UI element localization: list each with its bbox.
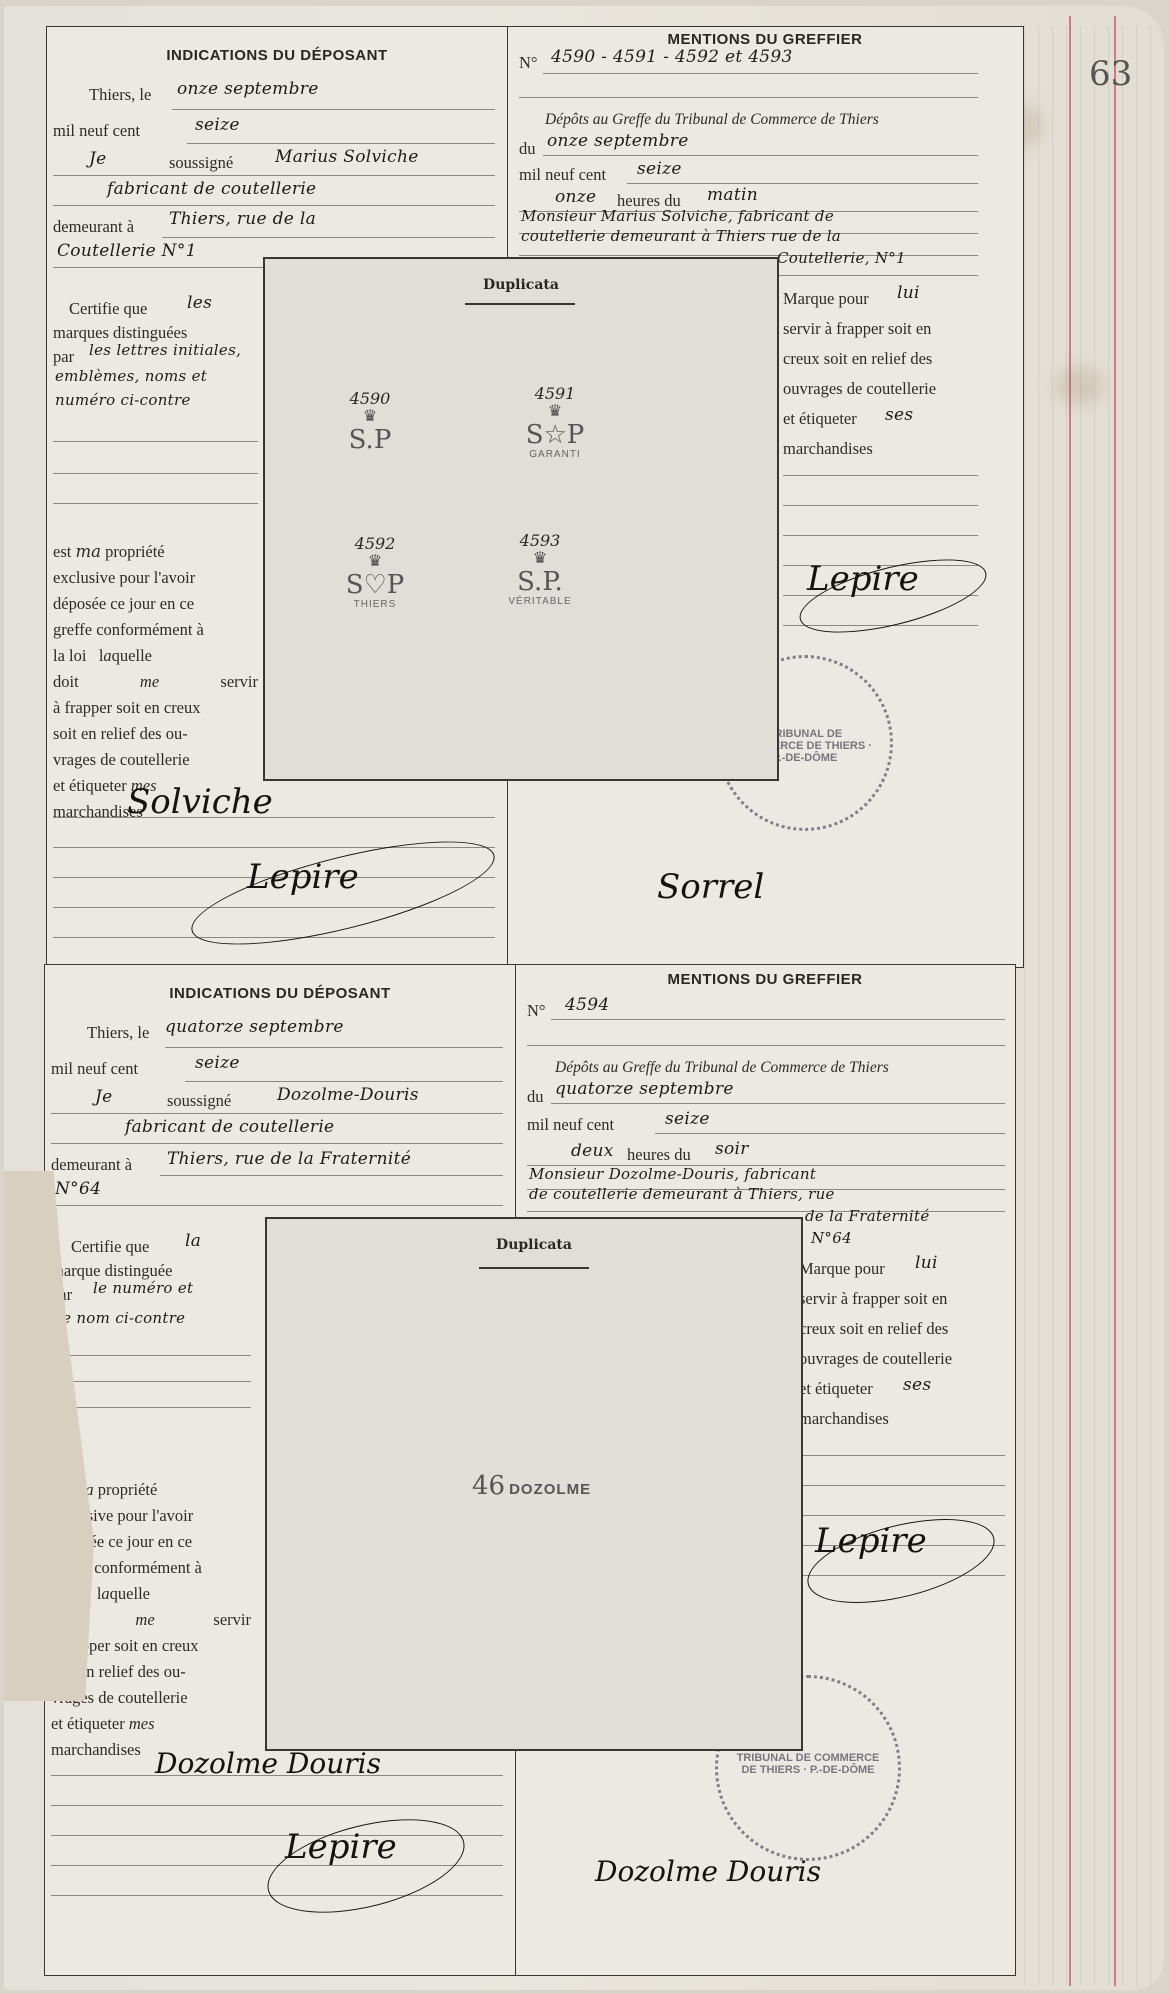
greffier-body-4-handwritten: ses <box>903 1375 931 1395</box>
fill-line <box>777 275 978 276</box>
par-label: par <box>53 347 74 367</box>
depots-label: Dépôts au Greffe du Tribunal de Commerce… <box>545 111 879 129</box>
text: déposée ce jour en ce <box>53 591 258 617</box>
stain <box>1054 366 1104 406</box>
fill-line <box>519 97 978 98</box>
date-handwritten: onze septembre <box>547 131 689 151</box>
text: exclusive pour l'avoir <box>53 565 258 591</box>
year-label: mil neuf cent <box>527 1115 614 1135</box>
mark-number: 4590 <box>315 389 425 408</box>
text: à frapper soit en creux <box>53 695 258 721</box>
fill-line <box>627 183 978 184</box>
fill-line <box>53 503 258 504</box>
crown-icon: ♛ <box>315 408 425 426</box>
par-handwritten-1: les lettres initiales, <box>89 341 241 359</box>
fill-line <box>783 475 978 476</box>
year-label: mil neuf cent <box>51 1059 138 1079</box>
deposit-form-2: INDICATIONS DU DÉPOSANT Thiers, le quato… <box>44 964 1016 1976</box>
trademark-4592: 4592 ♛ S♡P THIERS <box>320 534 430 610</box>
year-handwritten: seize <box>195 115 240 135</box>
text: la loi <box>53 646 86 665</box>
je-handwritten: Je <box>89 149 106 169</box>
mark-subtitle: THIERS <box>320 599 430 610</box>
greffier-header: MENTIONS DU GREFFIER <box>507 31 1023 48</box>
fill-line <box>51 1205 503 1206</box>
fill-line <box>187 143 495 144</box>
greffier-body-2: creux soit en relief des <box>783 349 932 369</box>
no-handwritten: 4590 - 4591 - 4592 et 4593 <box>551 47 793 67</box>
je-handwritten: Je <box>95 1087 112 1107</box>
second-signature: Sorrel <box>657 867 764 907</box>
year-label: mil neuf cent <box>519 165 606 185</box>
mark-name: DOZOLME <box>509 1481 591 1498</box>
margin-red-line <box>1069 16 1071 1986</box>
duplicata-title: Duplicata <box>265 277 777 293</box>
page-number: 63 <box>1089 54 1132 94</box>
text: servir <box>220 669 258 695</box>
fill-line <box>53 817 495 818</box>
fill-line <box>543 155 978 156</box>
fill-line <box>799 1485 1005 1486</box>
fill-line <box>783 535 978 536</box>
crown-icon: ♛ <box>500 403 610 421</box>
greffier-signature-left: Lepire <box>247 857 359 897</box>
register-page: 63 INDICATIONS DU DÉPOSANT Thiers, le on… <box>4 6 1164 1990</box>
crown-icon: ♛ <box>320 553 430 571</box>
fill-line <box>799 1515 1005 1516</box>
year-handwritten: seize <box>637 159 682 179</box>
heart-mark-letters: S♡P <box>320 571 430 599</box>
mark-subtitle: GARANTI <box>500 449 610 460</box>
duplicata-box-2: Duplicata 46 DOZOLME <box>265 1217 803 1751</box>
place-label: Thiers, le <box>87 1023 149 1043</box>
year-label: mil neuf cent <box>53 121 140 141</box>
par-handwritten-2: emblèmes, noms et <box>55 367 207 385</box>
fill-line <box>53 175 495 176</box>
greffier-body-4: et étiqueter <box>783 409 857 429</box>
fill-line <box>172 109 495 110</box>
par-handwritten-3: numéro ci-contre <box>55 391 191 409</box>
text: et étiqueter <box>53 776 127 795</box>
mark-letters: S.P. <box>485 568 595 596</box>
fill-line <box>162 237 495 238</box>
certifie-label: Certifie que <box>69 299 147 319</box>
greffier-body-5: marchandises <box>783 439 873 459</box>
greffier-body-4-handwritten: ses <box>885 405 913 425</box>
ruled-margin <box>1024 26 1159 1986</box>
greffier-signature: Lepire <box>807 559 919 599</box>
fill-line <box>551 1019 1005 1020</box>
fill-line <box>53 205 495 206</box>
mark-letters: S☆P <box>500 421 610 449</box>
margin-red-line <box>1114 16 1116 1986</box>
deposant-signature: Solviche <box>127 782 273 822</box>
fill-line <box>51 1355 251 1356</box>
heures-label: heures du <box>627 1145 691 1165</box>
detail-handwritten-3: Coutellerie, N°1 <box>777 249 906 267</box>
fill-line <box>53 473 258 474</box>
par-handwritten-1: le numéro et <box>93 1279 193 1297</box>
demeurant-label: demeurant à <box>51 1155 132 1175</box>
fill-line <box>51 1805 503 1806</box>
detail-handwritten-4: N°64 <box>811 1229 852 1247</box>
deposant-signature: Dozolme Douris <box>155 1747 381 1780</box>
certifie-handwritten: la <box>185 1231 201 1251</box>
detail-handwritten-3: de la Fraternité <box>805 1207 930 1225</box>
detail-handwritten-1: Monsieur Marius Solviche, fabricant de <box>521 207 834 225</box>
fill-line <box>783 505 978 506</box>
crown-icon: ♛ <box>485 550 595 568</box>
address-handwritten-2: Coutellerie N°1 <box>57 241 197 261</box>
mark-number: 4591 <box>500 384 610 403</box>
place-label: Thiers, le <box>89 85 151 105</box>
handwritten: me <box>135 1607 154 1633</box>
mark-subtitle: VÉRITABLE <box>485 596 595 607</box>
fill-line <box>160 1175 503 1176</box>
greffier-body-4: et étiqueter <box>799 1379 873 1399</box>
deposant-header: INDICATIONS DU DÉPOSANT <box>45 985 515 1002</box>
fill-line <box>51 1381 251 1382</box>
no-label: N° <box>527 1001 546 1021</box>
greffier-body-5: marchandises <box>799 1409 889 1429</box>
duplicata-rule <box>465 303 575 305</box>
second-signature: Dozolme Douris <box>595 1855 821 1888</box>
mark-number: 4593 <box>485 531 595 550</box>
handwritten: a <box>101 1584 109 1603</box>
text: quelle <box>112 646 152 665</box>
du-label: du <box>519 139 536 159</box>
marque-label: Marque pour <box>783 289 869 309</box>
fill-line <box>165 1047 503 1048</box>
text: vrages de coutellerie <box>53 747 258 773</box>
duplicata-rule <box>479 1267 589 1269</box>
date-handwritten: onze septembre <box>177 79 319 99</box>
soussigne-label: soussigné <box>167 1091 231 1111</box>
depots-label: Dépôts au Greffe du Tribunal de Commerce… <box>555 1059 889 1077</box>
detail-handwritten-2: de coutellerie demeurant à Thiers, rue <box>529 1185 835 1203</box>
fill-line <box>51 1143 503 1144</box>
greffier-signature-left: Lepire <box>285 1827 397 1867</box>
soussigne-label: soussigné <box>169 153 233 173</box>
address-handwritten-1: Thiers, rue de la Fraternité <box>167 1149 411 1169</box>
mark-number: 4592 <box>320 534 430 553</box>
greffier-body-1: servir à frapper soit en <box>783 319 931 339</box>
fill-line <box>527 1211 1005 1212</box>
detail-handwritten-2: coutellerie demeurant à Thiers rue de la <box>521 227 841 245</box>
name-handwritten: Marius Solviche <box>275 147 419 167</box>
demeurant-label: demeurant à <box>53 217 134 237</box>
duplicata-box-1: Duplicata 4590 ♛ S.P 4591 ♛ S☆P GARANTI … <box>263 257 779 781</box>
name-handwritten: Dozolme-Douris <box>277 1085 419 1105</box>
hour-handwritten: onze <box>555 187 596 207</box>
profession-handwritten: fabricant de coutellerie <box>107 179 316 199</box>
marques-label: marque distinguée <box>51 1261 172 1281</box>
year-handwritten: seize <box>665 1109 710 1129</box>
text: est <box>53 542 71 561</box>
marque-handwritten: lui <box>915 1253 938 1273</box>
text: propriété <box>98 1480 158 1499</box>
hour-handwritten: deux <box>571 1141 614 1161</box>
fill-line <box>551 1103 1005 1104</box>
stamp-text: TRIBUNAL DE COMMERCE DE THIERS · P.-DE-D… <box>718 1752 898 1776</box>
trademark-4591: 4591 ♛ S☆P GARANTI <box>500 384 610 460</box>
fill-line <box>527 1045 1005 1046</box>
fill-line <box>185 1081 503 1082</box>
text: greffe conformément à <box>53 617 258 643</box>
certifie-handwritten: les <box>187 293 212 313</box>
date-handwritten: quatorze septembre <box>555 1079 734 1099</box>
certifie-label: Certifie que <box>71 1237 149 1257</box>
par-handwritten-2: le nom ci-contre <box>57 1309 185 1327</box>
greffier-body-3: ouvrages de coutellerie <box>799 1349 952 1369</box>
greffier-body-2: creux soit en relief des <box>799 1319 948 1339</box>
date-handwritten: quatorze septembre <box>165 1017 344 1037</box>
mark-number: 46 <box>472 1471 505 1501</box>
text: doit <box>53 669 79 695</box>
marque-handwritten: lui <box>897 283 920 303</box>
deposit-form-1: INDICATIONS DU DÉPOSANT Thiers, le onze … <box>46 26 1024 968</box>
text: servir <box>213 1607 251 1633</box>
fill-line <box>51 1407 251 1408</box>
year-handwritten: seize <box>195 1053 240 1073</box>
handwritten: ma <box>75 542 100 561</box>
address-handwritten-1: Thiers, rue de la <box>169 209 316 229</box>
marque-label: Marque pour <box>799 1259 885 1279</box>
greffier-body-1: servir à frapper soit en <box>799 1289 947 1309</box>
text: quelle <box>110 1584 150 1603</box>
greffier-body-3: ouvrages de coutellerie <box>783 379 936 399</box>
greffier-signature: Lepire <box>815 1521 927 1561</box>
no-label: N° <box>519 53 538 73</box>
greffier-header: MENTIONS DU GREFFIER <box>515 971 1015 988</box>
fill-line <box>53 441 258 442</box>
period-handwritten: matin <box>707 185 758 205</box>
trademark-4590: 4590 ♛ S.P <box>315 389 425 454</box>
fill-line <box>799 1455 1005 1456</box>
duplicata-title: Duplicata <box>267 1237 801 1253</box>
handwritten: mes <box>129 1714 155 1733</box>
handwritten: a <box>103 646 111 665</box>
fill-line <box>543 73 978 74</box>
trademark-4593: 4593 ♛ S.P. VÉRITABLE <box>485 531 595 607</box>
text: propriété <box>105 542 165 561</box>
handwritten: me <box>140 669 159 695</box>
detail-handwritten-1: Monsieur Dozolme-Douris, fabricant <box>529 1165 816 1183</box>
text: et étiqueter <box>51 1714 125 1733</box>
text: soit en relief des ou- <box>53 721 258 747</box>
marques-label: marques distinguées <box>53 323 187 343</box>
mark-letters: S.P <box>315 426 425 454</box>
fill-line <box>519 255 978 256</box>
fill-line <box>655 1133 1005 1134</box>
address-handwritten-2: N°64 <box>55 1179 101 1199</box>
profession-handwritten: fabricant de coutellerie <box>125 1117 334 1137</box>
fill-line <box>51 1113 503 1114</box>
du-label: du <box>527 1087 544 1107</box>
period-handwritten: soir <box>715 1139 749 1159</box>
dozolme-trademark: 46 DOZOLME <box>472 1471 591 1501</box>
deposant-header: INDICATIONS DU DÉPOSANT <box>47 47 507 64</box>
no-handwritten: 4594 <box>565 995 609 1015</box>
